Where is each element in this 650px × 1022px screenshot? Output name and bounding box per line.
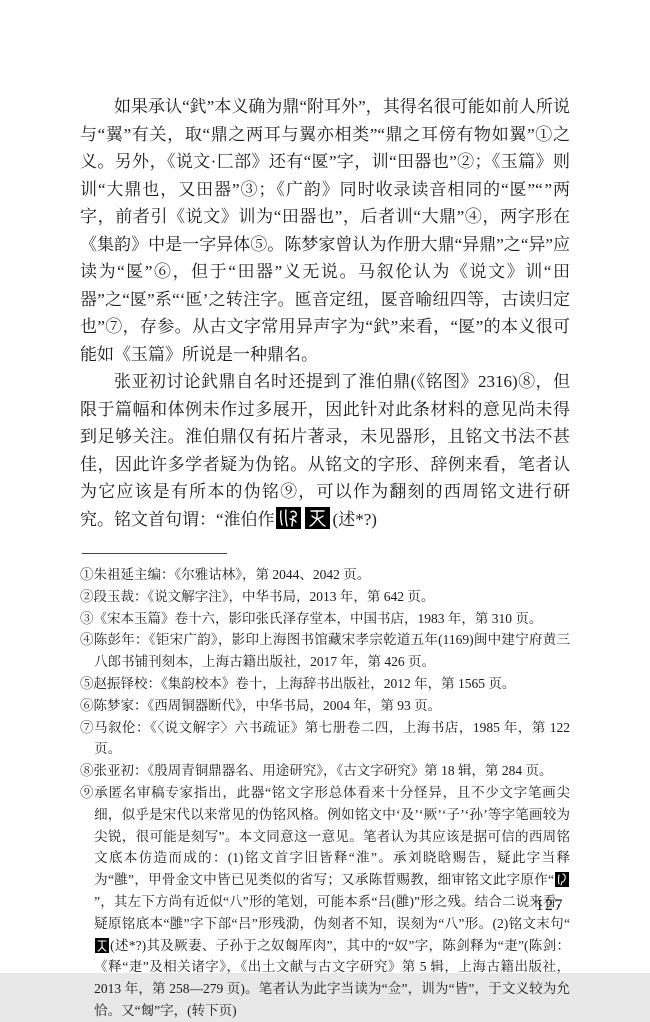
footnote-9-text-c: (述*?)其及厥妻、子孙于之奴匓厍肉”，其中的“奴”字，陈剑释为“疌”(陈剑：《…	[94, 938, 570, 1018]
paragraph-2: 张亚初讨论釴鼎自名时还提到了淮伯鼎(《铭图》2316)⑧，但限于篇幅和体例未作过…	[80, 368, 570, 533]
inscription-rubbing-glyph-1	[276, 507, 301, 529]
footnote-separator	[82, 553, 227, 554]
footnote-3: ③《宋本玉篇》卷十六，影印张氏泽存堂本，中国书店，1983 年，第 310 页。	[80, 608, 570, 630]
footnote-1: ①朱祖延主编：《尔雅诂林》，第 2044、2042 页。	[80, 564, 570, 586]
inscription-rubbing-glyph-small-2	[95, 938, 109, 953]
paragraph-2-text-b: (述*?)	[333, 510, 377, 529]
document-page: 如果承认“釴”本义确为鼎“附耳外”，其得名很可能如前人所说与“翼”有关，取“鼎之…	[0, 0, 650, 973]
footnote-8: ⑧张亚初：《殷周青铜鼎器名、用途研究》，《古文字研究》第 18 辑，第 284 …	[80, 760, 570, 782]
page-number: 127	[536, 897, 565, 915]
inscription-rubbing-glyph-small-1	[555, 872, 569, 887]
inscription-rubbing-glyph-2	[305, 507, 330, 529]
footnote-7: ⑦马叙伦：《〈说文解字〉六书疏证》第七册卷二四，上海书店，1985 年，第 12…	[80, 717, 570, 761]
footnote-9: ⑨承匿名审稿专家指出，此器“铭文字形总体看来十分怪异，且不少文字笔画尖细，似乎是…	[80, 782, 570, 1022]
footnote-2: ②段玉裁：《说文解字注》，中华书局，2013 年，第 642 页。	[80, 586, 570, 608]
footnotes-block: ①朱祖延主编：《尔雅诂林》，第 2044、2042 页。 ②段玉裁：《说文解字注…	[80, 564, 570, 1022]
paragraph-2-text-a: 张亚初讨论釴鼎自名时还提到了淮伯鼎(《铭图》2316)⑧，但限于篇幅和体例未作过…	[80, 372, 570, 529]
footnote-9-text-a: ⑨承匿名审稿专家指出，此器“铭文字形总体看来十分怪异，且不少文字笔画尖细，似乎是…	[80, 785, 570, 887]
footnote-6: ⑥陈梦家：《西周铜器断代》，中华书局，2004 年，第 93 页。	[80, 695, 570, 717]
body-text: 如果承认“釴”本义确为鼎“附耳外”，其得名很可能如前人所说与“翼”有关，取“鼎之…	[80, 93, 570, 533]
footnote-9-text-b: ”，其左下方尚有近似“八”形的笔划，可能本系“吕(雝)”形之残。结合二说来看，疑…	[94, 894, 570, 931]
paragraph-1: 如果承认“釴”本义确为鼎“附耳外”，其得名很可能如前人所说与“翼”有关，取“鼎之…	[80, 93, 570, 368]
footnote-5: ⑤赵振铎校：《集韵校本》卷十，上海辞书出版社，2012 年，第 1565 页。	[80, 673, 570, 695]
footnote-4: ④陈彭年：《钜宋广韵》，影印上海图书馆藏宋孝宗乾道五年(1169)闽中建宁府黄三…	[80, 629, 570, 673]
